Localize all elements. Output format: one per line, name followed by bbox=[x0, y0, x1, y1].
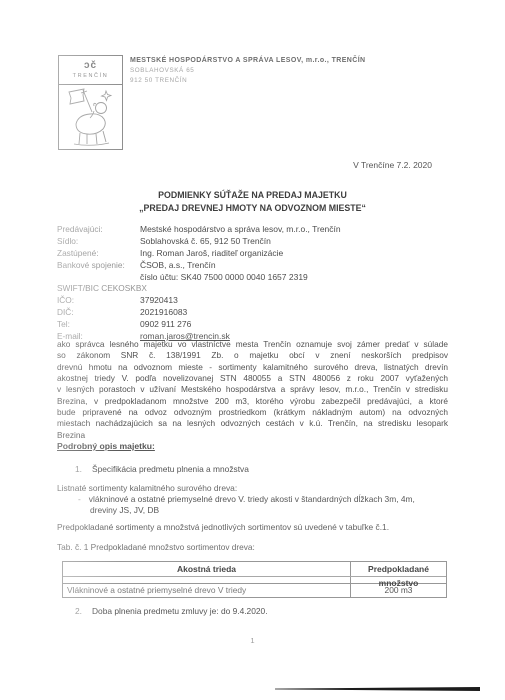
item-2-number: 2. bbox=[75, 606, 82, 616]
section-heading: Podrobný opis majetku: bbox=[57, 441, 155, 451]
seller-row: Zastúpené: Ing. Roman Jaroš, riaditeľ or… bbox=[57, 248, 448, 260]
numbered-item-1: 1.Špecifikácia predmetu plnenia a množst… bbox=[75, 464, 249, 474]
seller-row: DIČ: 2021916083 bbox=[57, 307, 448, 319]
intro-line: Brezina, v predpokladanom množstve 200 m… bbox=[57, 396, 448, 407]
document-page: ɔč TRENČÍN bbox=[0, 0, 505, 700]
intro-paragraph: ako správca lesného majetku vo vlastníct… bbox=[57, 339, 448, 441]
seller-label: Predávajúci: bbox=[57, 224, 140, 234]
intro-line: Brezina bbox=[57, 430, 448, 441]
city-logo: ɔč TRENČÍN bbox=[58, 55, 123, 150]
seller-value: 2021916083 bbox=[140, 307, 187, 317]
org-address-line-2: 912 50 TRENČÍN bbox=[130, 76, 366, 86]
table-caption: Tab. č. 1 Predpokladané množstvo sortime… bbox=[57, 542, 255, 552]
intro-line: bude pripravené na odvoz odvozným prostr… bbox=[57, 407, 448, 418]
seller-row: číslo účtu: SK40 7500 0000 0040 1657 231… bbox=[57, 272, 448, 284]
seller-label: DIČ: bbox=[57, 307, 140, 317]
seller-value: Ing. Roman Jaroš, riaditeľ organizácie bbox=[140, 248, 283, 258]
numbered-item-2: 2.Doba plnenia predmetu zmluvy je: do 9.… bbox=[75, 606, 268, 616]
bullet-text-line-1: vlákninové a ostatné priemyselné drevo V… bbox=[89, 494, 415, 504]
seller-value: Mestské hospodárstvo a správa lesov, m.r… bbox=[140, 224, 341, 234]
intro-line: akostnej triedy V. podľa novelizovanej S… bbox=[57, 373, 448, 384]
seller-value: 37920413 bbox=[140, 295, 178, 305]
seller-label: Zastúpené: bbox=[57, 248, 140, 258]
seller-row: Tel: 0902 911 276 bbox=[57, 319, 448, 331]
table-spacer-cell bbox=[63, 577, 351, 583]
table-cell-class: Vlákninové a ostatné priemyselné drevo V… bbox=[63, 584, 351, 597]
bullet-item: -vlákninové a ostatné priemyselné drevo … bbox=[78, 494, 448, 504]
org-address-line-1: SOBLAHOVSKÁ 65 bbox=[130, 66, 366, 76]
dateline: V Trenčíne 7.2. 2020 bbox=[353, 160, 432, 170]
intro-line: drevnú hmotu na odvoznom mieste - sortim… bbox=[57, 362, 448, 373]
seller-row: Predávajúci: Mestské hospodárstvo a sprá… bbox=[57, 224, 448, 236]
page-number: 1 bbox=[0, 636, 505, 645]
seller-row: IČO: 37920413 bbox=[57, 295, 448, 307]
intro-line: v lesných porastoch v užívaní Mestského … bbox=[57, 384, 448, 395]
table-data-row: Vlákninové a ostatné priemyselné drevo V… bbox=[63, 583, 446, 597]
bullet-dash: - bbox=[78, 494, 81, 504]
seller-label: IČO: bbox=[57, 295, 140, 305]
table-spacer-row bbox=[63, 576, 446, 583]
seller-row: Bankové spojenie: ČSOB, a.s., Trenčín bbox=[57, 260, 448, 272]
document-title: PODMIENKY SÚŤAŽE NA PREDAJ MAJETKU „PRED… bbox=[0, 189, 505, 214]
city-logo-mark: ɔč bbox=[84, 61, 97, 71]
seller-value: Soblahovská č. 65, 912 50 Trenčín bbox=[140, 236, 271, 246]
city-logo-top: ɔč TRENČÍN bbox=[59, 56, 122, 85]
item-2-text: Doba plnenia predmetu zmluvy je: do 9.4.… bbox=[92, 606, 268, 616]
seller-value: ČSOB, a.s., Trenčín bbox=[140, 260, 216, 270]
seller-row-swift: SWIFT/BIC CEKOSKBX bbox=[57, 283, 448, 295]
seller-value: číslo účtu: SK40 7500 0000 0040 1657 231… bbox=[140, 272, 308, 282]
item-1-text: Špecifikácia predmetu plnenia a množstva bbox=[92, 464, 249, 474]
seller-label: Sídlo: bbox=[57, 236, 140, 246]
table-note: Predpokladané sortimenty a množstvá jedn… bbox=[57, 522, 389, 532]
item-1-number: 1. bbox=[75, 464, 82, 474]
title-line-1: PODMIENKY SÚŤAŽE NA PREDAJ MAJETKU bbox=[0, 189, 505, 202]
seller-label: Bankové spojenie: bbox=[57, 260, 140, 270]
table-header-cell-class: Akostná trieda bbox=[63, 562, 351, 576]
intro-line: ako správca lesného majetku vo vlastníct… bbox=[57, 339, 448, 350]
seller-row: Sídlo: Soblahovská č. 65, 912 50 Trenčín bbox=[57, 236, 448, 248]
seller-value: 0902 911 276 bbox=[140, 319, 191, 329]
intro-line: so zákonom SNR č. 138/1991 Zb. o majetku… bbox=[57, 350, 448, 361]
sortiment-table: Akostná trieda Predpokladané množstvo Vl… bbox=[62, 561, 447, 598]
scan-artifact-line bbox=[275, 687, 480, 691]
title-line-2: „PREDAJ DREVNEJ HMOTY NA ODVOZNOM MIESTE… bbox=[0, 202, 505, 215]
city-logo-city: TRENČÍN bbox=[73, 73, 109, 79]
table-spacer-cell bbox=[351, 577, 446, 583]
seller-details: Predávajúci: Mestské hospodárstvo a sprá… bbox=[57, 224, 448, 343]
intro-line: miestach nachádzajúcich sa na lesných od… bbox=[57, 418, 448, 429]
letterhead-text: MESTSKÉ HOSPODÁRSTVO A SPRÁVA LESOV, m.r… bbox=[130, 56, 366, 85]
table-header-cell-quantity: Predpokladané množstvo bbox=[351, 562, 446, 576]
lamb-emblem-icon bbox=[62, 86, 120, 148]
org-name: MESTSKÉ HOSPODÁRSTVO A SPRÁVA LESOV, m.r… bbox=[130, 56, 366, 66]
swift-bic-label: SWIFT/BIC CEKOSKBX bbox=[57, 283, 147, 293]
seller-label: Tel: bbox=[57, 319, 140, 329]
table-header-row: Akostná trieda Predpokladané množstvo bbox=[63, 562, 446, 576]
sortiment-intro: Listnaté sortimenty kalamitného surového… bbox=[57, 483, 237, 493]
table-cell-quantity: 200 m3 bbox=[351, 584, 446, 597]
bullet-text-line-2: dreviny JS, JV, DB bbox=[90, 505, 159, 515]
